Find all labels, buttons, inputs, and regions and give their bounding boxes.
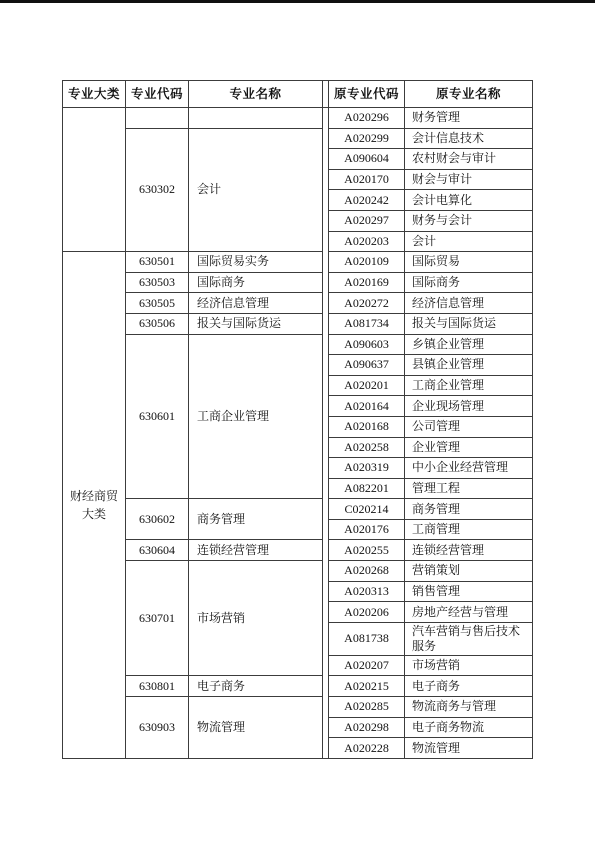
- old-name-cell: 企业管理: [405, 438, 533, 459]
- major-name-cell: 会计: [189, 129, 323, 253]
- old-name-cell: 财务管理: [405, 108, 533, 129]
- old-name-cell: 电子商务物流: [405, 718, 533, 739]
- header-code: 专业代码: [126, 80, 189, 108]
- old-code-cell: A020170: [328, 170, 405, 191]
- major-code-cell: 630503: [126, 273, 189, 294]
- major-name-cell: [189, 108, 323, 129]
- old-code-cell: A090603: [328, 335, 405, 356]
- major-name-cell: 国际贸易实务: [189, 252, 323, 273]
- old-code-cell: A020299: [328, 129, 405, 150]
- major-code-cell: 630302: [126, 129, 189, 253]
- old-code-cell: A020296: [328, 108, 405, 129]
- old-code-cell: A020242: [328, 190, 405, 211]
- major-name-cell: 市场营销: [189, 561, 323, 676]
- old-code-cell: A081734: [328, 314, 405, 335]
- old-code-cell: A020109: [328, 252, 405, 273]
- old-name-cell: 财务与会计: [405, 211, 533, 232]
- major-code-cell: 630505: [126, 293, 189, 314]
- old-name-cell: 工商企业管理: [405, 376, 533, 397]
- major-code-cell: [126, 108, 189, 129]
- old-name-cell: 公司管理: [405, 417, 533, 438]
- major-name-cell: 工商企业管理: [189, 335, 323, 500]
- old-name-cell: 房地产经营与管理: [405, 602, 533, 623]
- header-category: 专业大类: [62, 80, 126, 108]
- old-code-cell: A020297: [328, 211, 405, 232]
- old-code-cell: A020285: [328, 697, 405, 718]
- major-name-cell: 经济信息管理: [189, 293, 323, 314]
- old-name-cell: 报关与国际货运: [405, 314, 533, 335]
- old-code-cell: C020214: [328, 499, 405, 520]
- old-code-cell: A020201: [328, 376, 405, 397]
- category-cell: 财经商贸大类: [62, 252, 126, 759]
- old-code-cell: A090604: [328, 149, 405, 170]
- old-name-cell: 企业现场管理: [405, 396, 533, 417]
- major-name-cell: 商务管理: [189, 499, 323, 540]
- old-name-cell: 电子商务: [405, 676, 533, 697]
- major-code-cell: 630903: [126, 697, 189, 759]
- old-code-cell: A020298: [328, 718, 405, 739]
- old-name-cell: 营销策划: [405, 561, 533, 582]
- old-name-cell: 连锁经营管理: [405, 540, 533, 561]
- old-code-cell: A081738: [328, 623, 405, 656]
- old-name-cell: 财会与审计: [405, 170, 533, 191]
- major-name-cell: 国际商务: [189, 273, 323, 294]
- old-code-cell: A090637: [328, 355, 405, 376]
- old-code-cell: A020169: [328, 273, 405, 294]
- old-code-cell: A020255: [328, 540, 405, 561]
- old-code-cell: A020203: [328, 232, 405, 253]
- major-name-cell: 电子商务: [189, 676, 323, 697]
- old-name-cell: 农村财会与审计: [405, 149, 533, 170]
- page-top-border: [0, 0, 595, 3]
- old-name-cell: 销售管理: [405, 582, 533, 603]
- old-name-cell: 国际商务: [405, 273, 533, 294]
- category-label: 财经商贸大类: [67, 487, 121, 523]
- old-code-cell: A020215: [328, 676, 405, 697]
- old-name-cell: 乡镇企业管理: [405, 335, 533, 356]
- old-code-cell: A020313: [328, 582, 405, 603]
- old-name-cell: 工商管理: [405, 520, 533, 541]
- old-code-cell: A020164: [328, 396, 405, 417]
- old-name-cell: 汽车营销与售后技术服务: [405, 623, 533, 656]
- old-code-cell: A020258: [328, 438, 405, 459]
- old-name-cell: 会计电算化: [405, 190, 533, 211]
- major-code-cell: 630506: [126, 314, 189, 335]
- old-code-cell: A020268: [328, 561, 405, 582]
- old-name-cell: 管理工程: [405, 479, 533, 500]
- header-name: 专业名称: [189, 80, 323, 108]
- major-code-cell: 630601: [126, 335, 189, 500]
- major-name-cell: 报关与国际货运: [189, 314, 323, 335]
- old-name-cell: 市场营销: [405, 656, 533, 677]
- major-code-cell: 630701: [126, 561, 189, 676]
- old-code-cell: A020207: [328, 656, 405, 677]
- major-code-cell: 630604: [126, 540, 189, 561]
- old-code-cell: A082201: [328, 479, 405, 500]
- old-name-cell: 商务管理: [405, 499, 533, 520]
- major-name-cell: 连锁经营管理: [189, 540, 323, 561]
- major-code-cell: 630801: [126, 676, 189, 697]
- old-code-cell: A020168: [328, 417, 405, 438]
- old-code-cell: A020176: [328, 520, 405, 541]
- old-code-cell: A020319: [328, 458, 405, 479]
- old-name-cell: 县镇企业管理: [405, 355, 533, 376]
- old-code-cell: A020206: [328, 602, 405, 623]
- header-old-name: 原专业名称: [405, 80, 533, 108]
- document-page: { "page": { "top_border_color": "#101010…: [0, 0, 595, 841]
- old-name-cell: 中小企业经营管理: [405, 458, 533, 479]
- old-name-cell: 物流管理: [405, 738, 533, 759]
- major-name-cell: 物流管理: [189, 697, 323, 759]
- old-name-cell: 物流商务与管理: [405, 697, 533, 718]
- category-cell: [62, 108, 126, 252]
- major-code-mapping-table: 专业大类 专业代码 专业名称 原专业代码 原专业名称 财经商贸大类A020296…: [62, 80, 533, 759]
- old-name-cell: 经济信息管理: [405, 293, 533, 314]
- old-name-cell: 会计: [405, 232, 533, 253]
- old-code-cell: A020272: [328, 293, 405, 314]
- old-name-cell: 会计信息技术: [405, 129, 533, 150]
- old-name-cell: 国际贸易: [405, 252, 533, 273]
- major-code-cell: 630602: [126, 499, 189, 540]
- major-code-cell: 630501: [126, 252, 189, 273]
- old-code-cell: A020228: [328, 738, 405, 759]
- header-old-code: 原专业代码: [328, 80, 405, 108]
